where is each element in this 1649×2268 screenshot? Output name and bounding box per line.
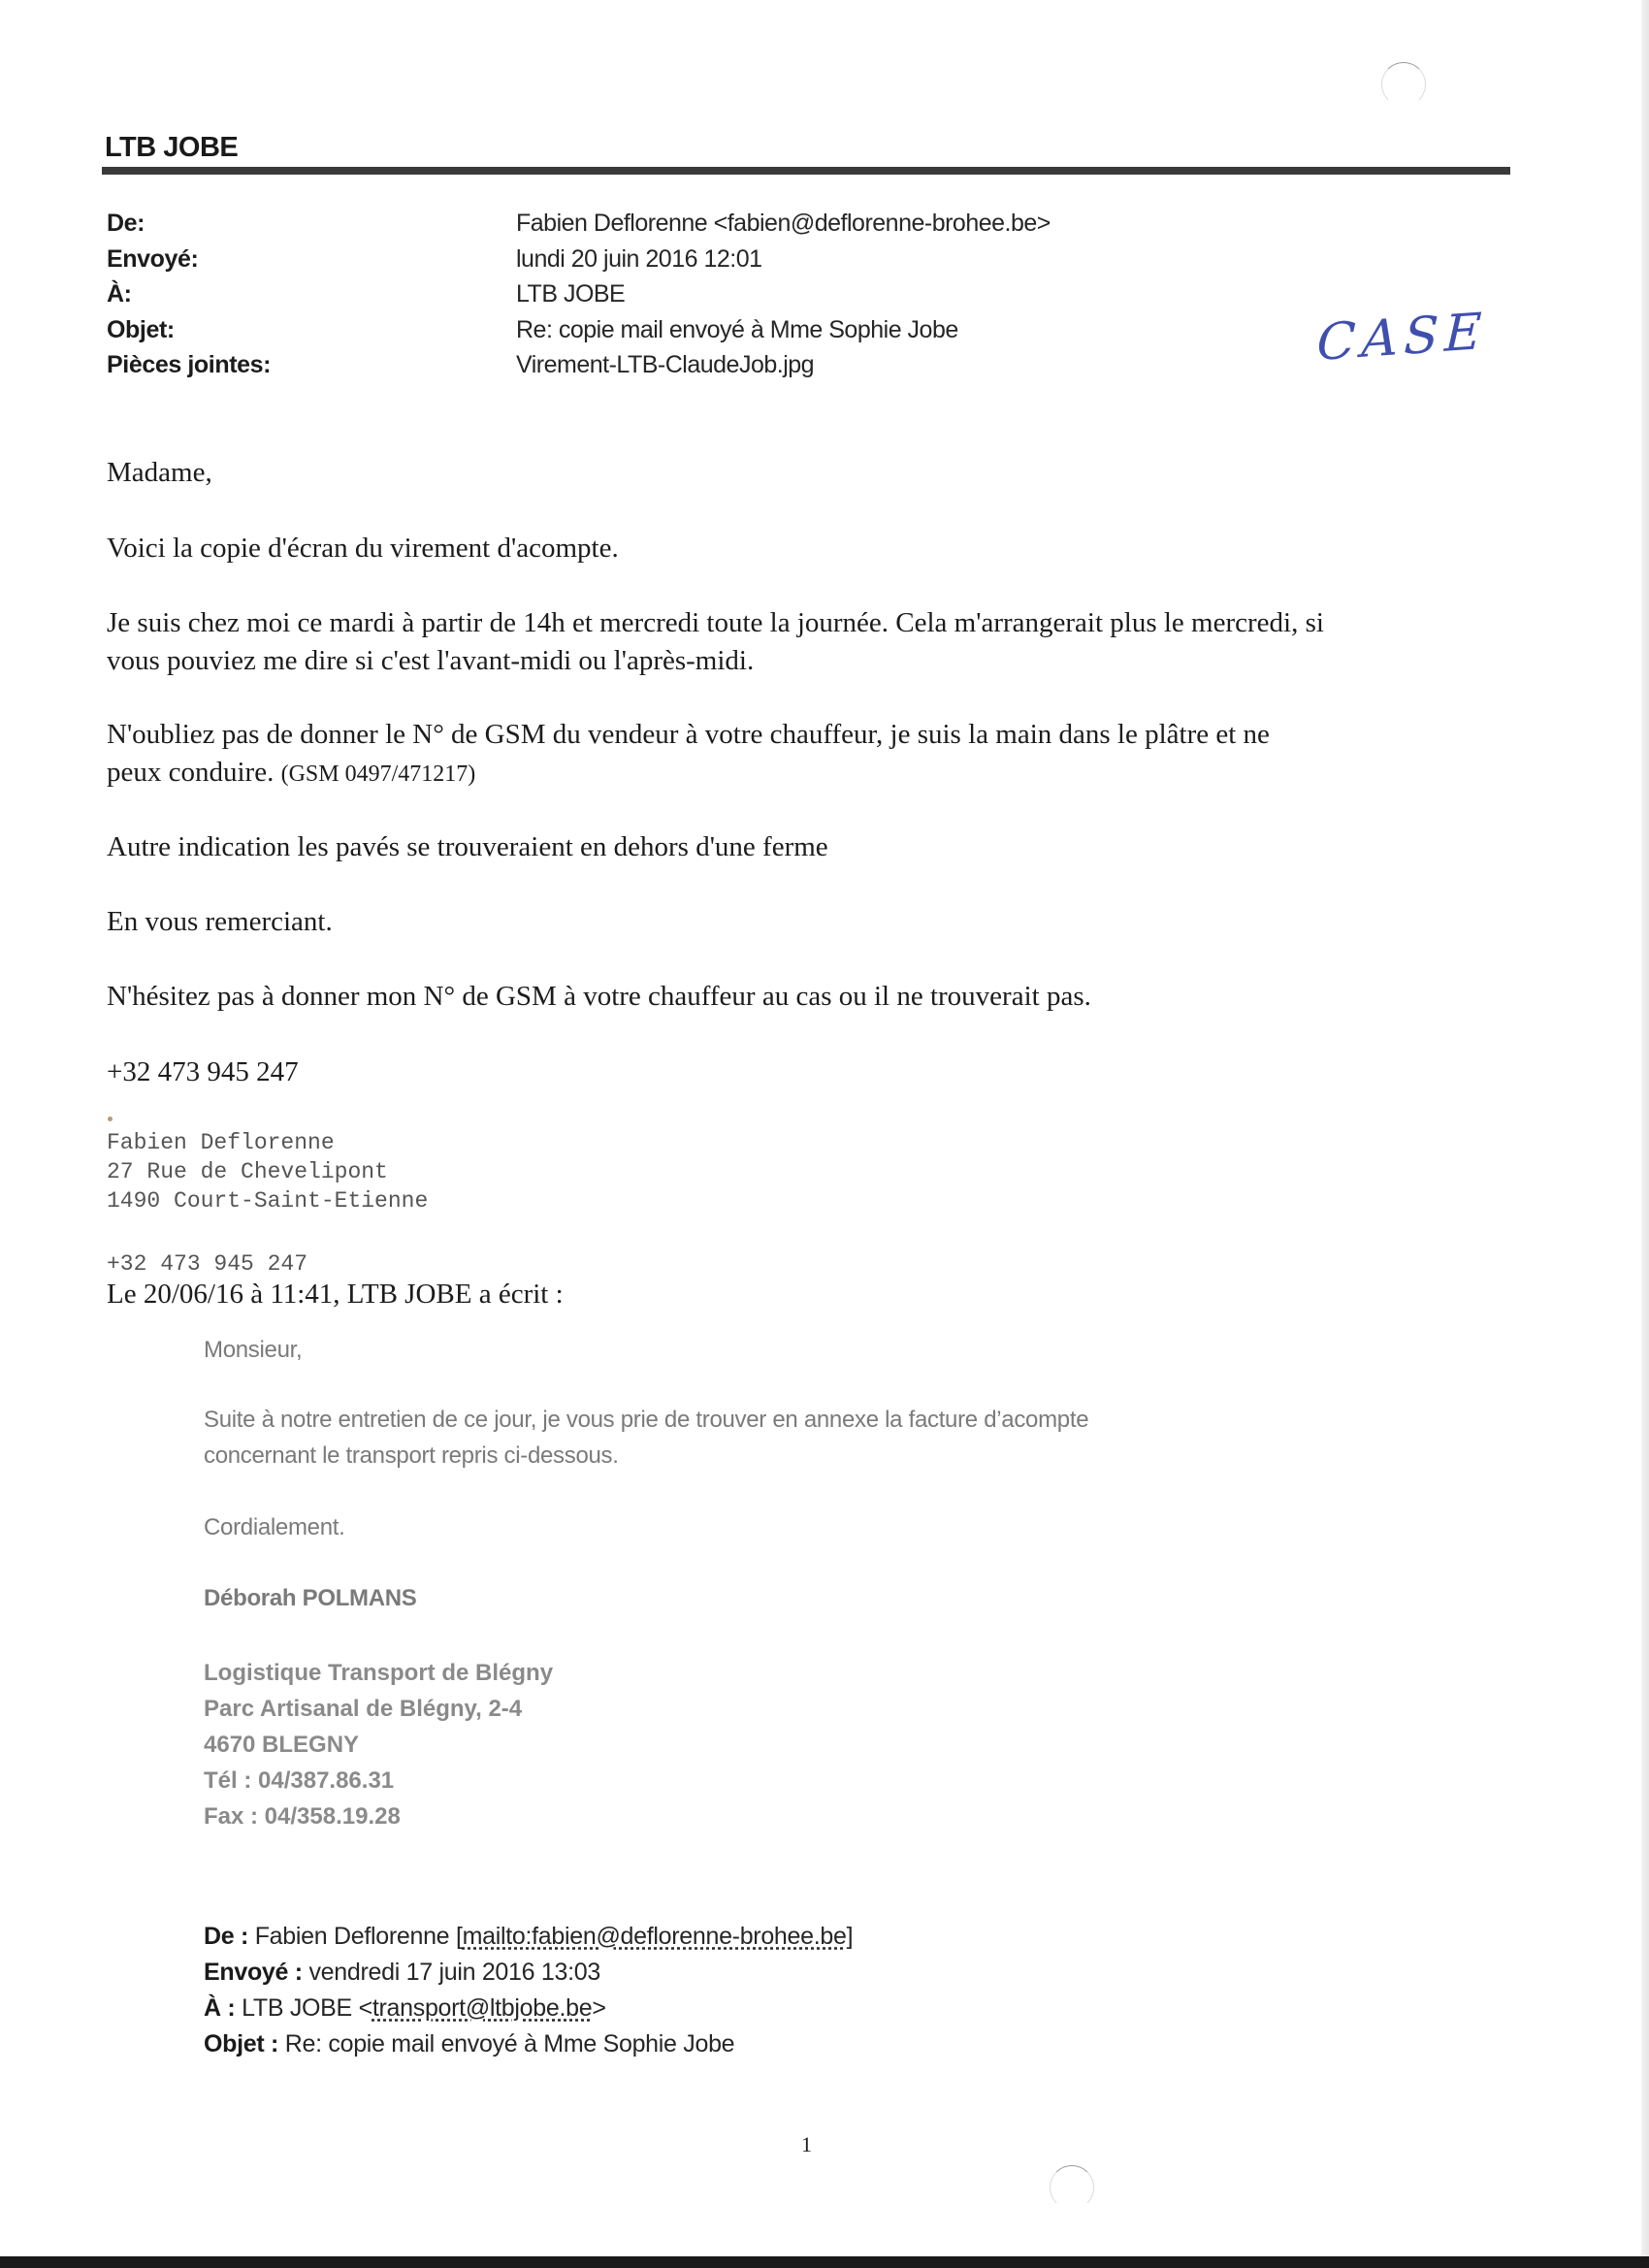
forwarded-from-label: De :	[204, 1923, 248, 1950]
quote-intro: Le 20/06/16 à 11:41, LTB JOBE a écrit :	[107, 1279, 564, 1311]
body-paragraph-4: Autre indication les pavés se trouveraie…	[107, 827, 828, 866]
header-value-from: Fabien Deflorenne <fabien@deflorenne-bro…	[516, 210, 1051, 238]
header-label-to: À:	[107, 280, 132, 308]
punch-hole-mark-bottom	[1050, 2165, 1094, 2210]
body-paragraph-1: Voici la copie d'écran du virement d'aco…	[107, 529, 619, 567]
header-label-subject: Objet:	[107, 316, 175, 344]
header-label-attachments: Pièces jointes:	[107, 351, 271, 379]
body-phone: +32 473 945 247	[107, 1053, 299, 1091]
header-value-sent: lundi 20 juin 2016 12:01	[516, 245, 762, 274]
forwarded-from-name: Fabien Deflorenne	[255, 1923, 456, 1950]
body-greeting: Madame,	[107, 453, 212, 492]
quoted-line-1: Suite à notre entretien de ce jour, je v…	[204, 1407, 1088, 1434]
quoted-closing: Cordialement.	[204, 1514, 345, 1541]
scanned-page: LTB JOBE De: Fabien Deflorenne <fabien@d…	[0, 0, 1644, 2256]
signature-phone: +32 473 945 247	[107, 1249, 307, 1279]
forwarded-subject-label: Objet :	[204, 2030, 278, 2057]
body-paragraph-5: En vous remerciant.	[107, 902, 333, 941]
signature-city: 1490 Court-Saint-Etienne	[107, 1186, 428, 1215]
body-paragraph-2-line-1: Je suis chez moi ce mardi à partir de 14…	[107, 603, 1324, 642]
forwarded-to-label: À :	[204, 1994, 235, 2022]
forwarded-subject-value: Re: copie mail envoyé à Mme Sophie Jobe	[285, 2030, 735, 2057]
company-name: Logistique Transport de Blégny	[204, 1655, 553, 1691]
quoted-sender: Déborah POLMANS	[204, 1585, 417, 1612]
forwarded-sent-value: vendredi 17 juin 2016 13:03	[308, 1959, 599, 1986]
header-value-attachment: Virement-LTB-ClaudeJob.jpg	[516, 351, 814, 379]
header-value-subject: Re: copie mail envoyé à Mme Sophie Jobe	[516, 316, 958, 344]
forwarded-subject: Objet : Re: copie mail envoyé à Mme Soph…	[204, 2030, 734, 2058]
forwarded-sent-label: Envoyé :	[204, 1959, 303, 1986]
scan-edge-bottom	[0, 2256, 1649, 2268]
company-address: Parc Artisanal de Blégny, 2-4	[204, 1691, 522, 1727]
title-rule	[102, 167, 1510, 175]
signature-street: 27 Rue de Chevelipont	[107, 1157, 388, 1186]
forwarded-from: De : Fabien Deflorenne [mailto:fabien@de…	[204, 1923, 853, 1951]
quoted-greeting: Monsieur,	[204, 1337, 302, 1364]
company-city: 4670 BLEGNY	[204, 1727, 359, 1763]
body-paragraph-6: N'hésitez pas à donner mon N° de GSM à v…	[107, 977, 1091, 1016]
gsm-number: (GSM 0497/471217)	[281, 761, 476, 787]
punch-hole-mark-top	[1381, 62, 1426, 107]
forwarded-to: À : LTB JOBE <transport@ltbjobe.be>	[204, 1994, 606, 2023]
forwarded-to-name: LTB JOBE <	[242, 1994, 372, 2022]
company-phone: Tél : 04/387.86.31	[204, 1763, 394, 1798]
signature-name: Fabien Deflorenne	[107, 1128, 335, 1157]
quoted-line-2: concernant le transport repris ci-dessou…	[204, 1442, 619, 1470]
page-number: 1	[801, 2132, 812, 2157]
forwarded-sent: Envoyé : vendredi 17 juin 2016 13:03	[204, 1959, 600, 1987]
handwritten-annotation: CASE	[1316, 303, 1489, 373]
body-paragraph-3-text: peux conduire.	[107, 757, 281, 788]
mailbox-title: LTB JOBE	[105, 132, 238, 164]
body-paragraph-3-line-2: peux conduire. (GSM 0497/471217)	[107, 753, 475, 794]
mailto-link[interactable]: mailto:fabien@deflorenne-brohee.be	[463, 1923, 847, 1950]
scan-edge-right	[1641, 0, 1649, 2256]
body-paragraph-2-line-2: vous pouviez me dire si c'est l'avant-mi…	[107, 641, 754, 680]
header-label-sent: Envoyé:	[107, 245, 198, 274]
scan-speck	[108, 1117, 113, 1121]
header-value-to: LTB JOBE	[516, 280, 625, 308]
transport-email-link[interactable]: transport@ltbjobe.be	[372, 1994, 592, 2022]
body-paragraph-3-line-1: N'oubliez pas de donner le N° de GSM du …	[107, 715, 1270, 754]
company-fax: Fax : 04/358.19.28	[204, 1798, 401, 1834]
header-label-from: De:	[107, 210, 145, 238]
